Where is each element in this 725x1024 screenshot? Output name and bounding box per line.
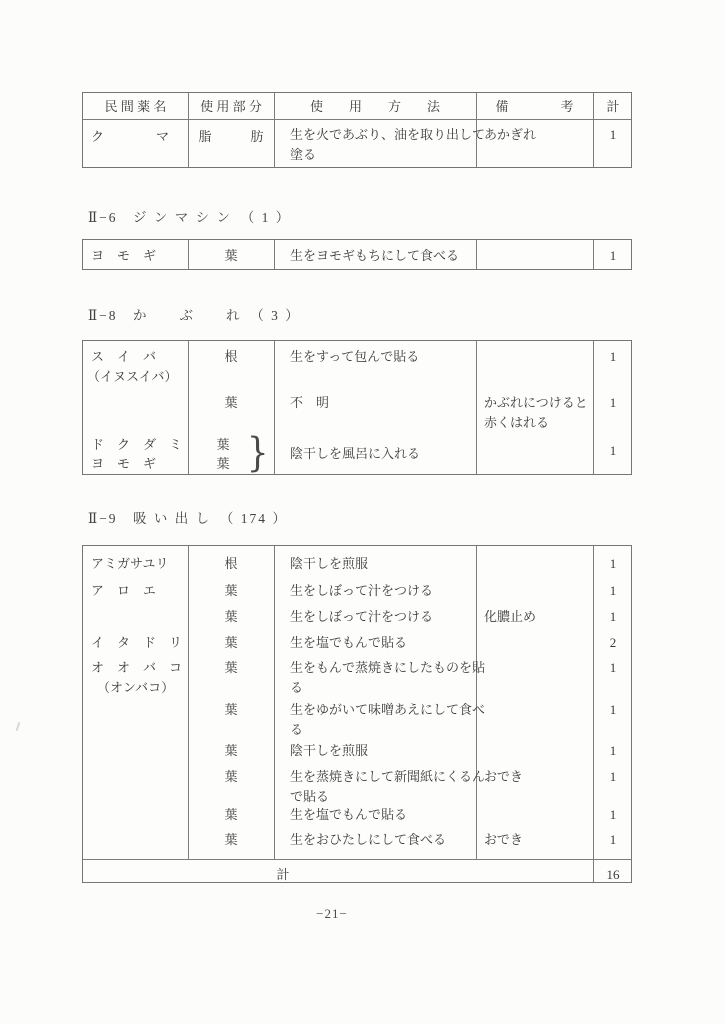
medicine-name-cell: ク マ: [91, 127, 186, 147]
column-header-note: 備 考: [476, 97, 593, 117]
column-divider: [274, 341, 275, 474]
medicine-name-cell: ス イ バ: [91, 347, 186, 367]
usage-method-cell: 陰干しを煎服: [290, 741, 487, 761]
usage-method-cell: 生をヨモギもちにして食べる: [290, 246, 487, 266]
used-part-cell: 葉: [188, 830, 274, 850]
used-part-cell: 葉: [188, 700, 274, 720]
used-part-cell: 葉: [188, 741, 274, 761]
table-kabure: ス イ バ （イヌスイバ） 根 生をすって包んで貼る 1 葉 不 明 かぶれにつ…: [82, 340, 632, 475]
used-part-cell: 葉: [188, 658, 274, 678]
count-cell: 2: [593, 633, 633, 653]
header-divider: [83, 119, 631, 120]
column-divider: [274, 546, 275, 859]
usage-method-cell: 生をしぼって汁をつける: [290, 581, 487, 601]
usage-method-cell: 生をすって包んで貼る: [290, 347, 487, 367]
count-cell: 1: [593, 347, 633, 367]
used-part-cell: 葉: [188, 607, 274, 627]
used-part-cell: 葉: [188, 581, 274, 601]
column-header-total: 計: [593, 97, 633, 117]
column-divider: [274, 240, 275, 269]
used-part-cell: 葉: [188, 767, 274, 787]
usage-method-cell: 生を塩でもんで貼る: [290, 633, 487, 653]
medicine-name-cell: ド ク ダ ミ: [91, 435, 191, 455]
count-cell: 1: [593, 700, 633, 720]
column-header-part: 使 用 部 分: [188, 97, 274, 117]
section-heading-2-6: Ⅱ−6 ジ ン マ シ ン （ 1 ）: [88, 206, 291, 226]
remarks-cell: 化膿止め: [484, 607, 590, 627]
medicine-name-cell: ア ロ エ: [91, 581, 186, 601]
count-cell: 1: [593, 125, 633, 145]
medicine-name-cell: ヨ モ ギ: [91, 246, 186, 266]
used-part-cell: 脂 肪: [188, 127, 274, 147]
document-page: 民 間 薬 名 使 用 部 分 使 用 方 法 備 考 計 ク マ 脂 肪 生を…: [0, 0, 725, 1024]
used-part-cell: 葉: [188, 633, 274, 653]
remarks-cell: かぶれにつけると赤くはれる: [484, 393, 592, 433]
total-label-cell: 計: [83, 865, 483, 885]
table-header-kuma: 民 間 薬 名 使 用 部 分 使 用 方 法 備 考 計 ク マ 脂 肪 生を…: [82, 92, 632, 168]
count-cell: 1: [593, 830, 633, 850]
count-cell: 1: [593, 741, 633, 761]
count-cell: 1: [593, 246, 633, 266]
section-heading-2-9: Ⅱ−9 吸 い 出 し （ 174 ）: [88, 507, 288, 527]
usage-method-cell: 生をもんで蒸焼きにしたものを貼る: [290, 658, 487, 698]
medicine-name-alt-cell: （イヌスイバ）: [87, 367, 187, 387]
medicine-name-cell: アミガサユリ: [91, 554, 186, 574]
count-cell: 1: [593, 554, 633, 574]
count-cell: 1: [593, 441, 633, 461]
usage-method-cell: 生をゆがいて味噌あえにして食べる: [290, 700, 487, 740]
usage-method-cell: 陰干しを風呂に入れる: [290, 444, 487, 464]
total-row-divider: [83, 859, 631, 860]
used-part-cell: 葉: [188, 246, 274, 266]
count-cell: 1: [593, 658, 633, 678]
table-suidashi: アミガサユリ 根 陰干しを煎服 1 ア ロ エ 葉 生をしぼって汁をつける 1 …: [82, 545, 632, 883]
medicine-name-cell: ヨ モ ギ: [91, 454, 186, 474]
column-header-method: 使 用 方 法: [274, 97, 476, 117]
count-cell: 1: [593, 581, 633, 601]
used-part-cell: 葉: [188, 393, 274, 413]
used-part-cell: 根: [188, 347, 274, 367]
remarks-cell: あかぎれ: [484, 125, 590, 145]
count-cell: 1: [593, 607, 633, 627]
section-heading-2-8: Ⅱ−8 か ぶ れ （ 3 ）: [88, 304, 301, 324]
count-cell: 1: [593, 805, 633, 825]
scan-artifact: [16, 722, 21, 731]
remarks-cell: おでき: [484, 830, 590, 850]
usage-method-cell: 生を蒸焼きにして新聞紙にくるんで貼る: [290, 767, 487, 807]
usage-method-cell: 不 明: [290, 393, 487, 413]
page-number: −21−: [297, 906, 367, 922]
total-value-cell: 16: [593, 865, 633, 885]
column-header-name: 民 間 薬 名: [83, 97, 188, 117]
usage-method-cell: 生をおひたしにして食べる: [290, 830, 487, 850]
brace-glyph: }: [247, 433, 269, 473]
usage-method-cell: 生を火であぶり、油を取り出して塗る: [290, 125, 487, 165]
used-part-cell: 葉: [188, 805, 274, 825]
medicine-name-alt-cell: （オンバコ）: [97, 678, 192, 698]
used-part-cell: 根: [188, 554, 274, 574]
count-cell: 1: [593, 393, 633, 413]
usage-method-cell: 陰干しを煎服: [290, 554, 487, 574]
remarks-cell: おでき: [484, 767, 590, 787]
table-jinmashin: ヨ モ ギ 葉 生をヨモギもちにして食べる 1: [82, 239, 632, 270]
medicine-name-cell: オ オ バ コ: [91, 658, 186, 678]
usage-method-cell: 生を塩でもんで貼る: [290, 805, 487, 825]
count-cell: 1: [593, 767, 633, 787]
usage-method-cell: 生をしぼって汁をつける: [290, 607, 487, 627]
medicine-name-cell: イ タ ド リ: [91, 633, 186, 653]
